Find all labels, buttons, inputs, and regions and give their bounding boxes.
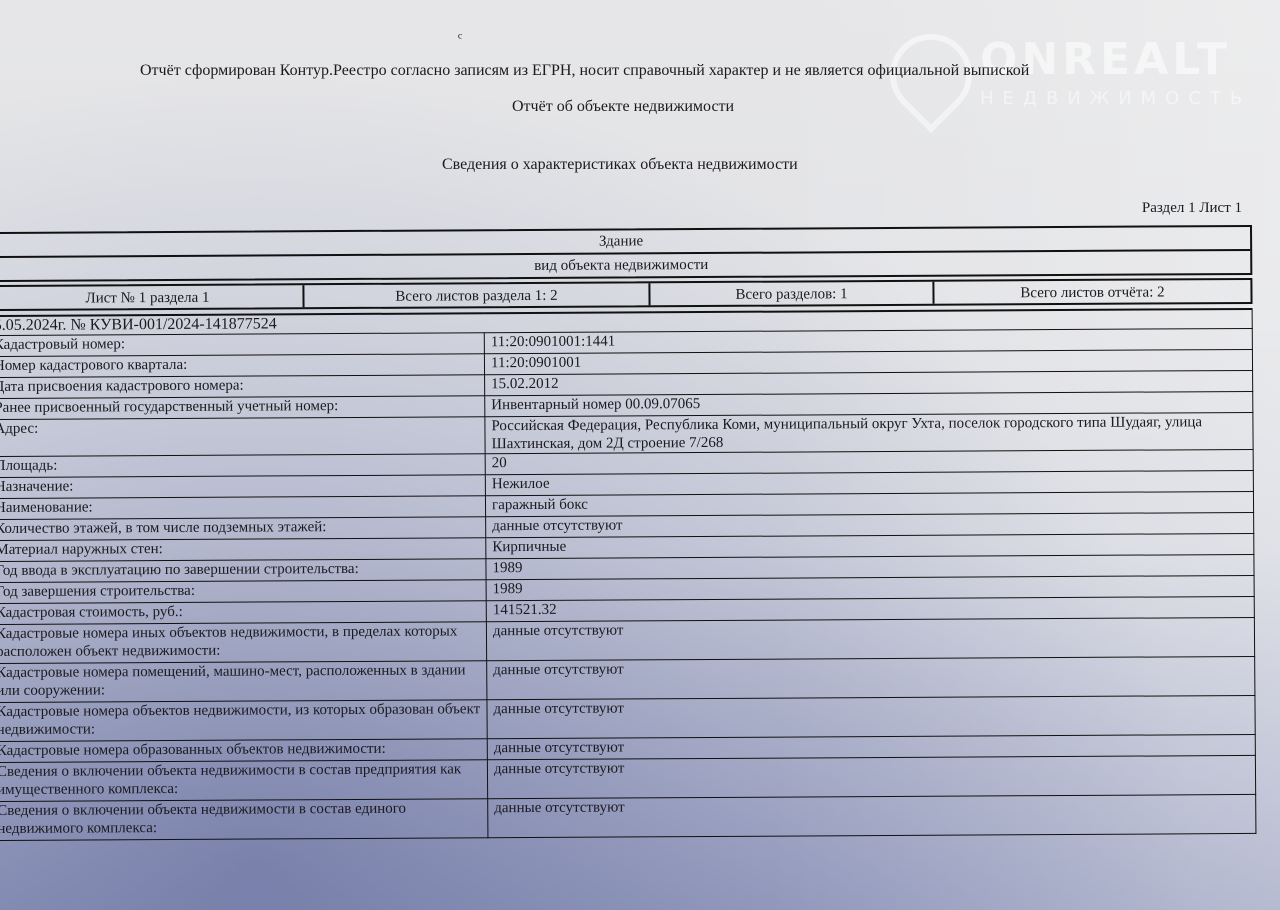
field-label: Год завершения строительства: (0, 580, 486, 604)
table-row: Сведения о включении объекта недвижимост… (0, 794, 1256, 840)
sections-total: Всего разделов: 1 (650, 282, 934, 306)
field-label: Кадастровые номера образованных объектов… (0, 739, 487, 763)
field-label: Назначение: (0, 475, 485, 499)
field-value: данные отсутствуют (486, 617, 1254, 660)
field-label: Количество этажей, в том числе подземных… (0, 517, 486, 541)
property-details-table: 5.05.2024г. № КУВИ-001/2024-141877524 Ка… (0, 308, 1256, 841)
field-label: Год ввода в эксплуатацию по завершении с… (0, 559, 486, 583)
field-label: Кадастровые номера иных объектов недвижи… (0, 622, 487, 664)
field-label: Дата присвоения кадастрового номера: (0, 375, 485, 399)
field-value: данные отсутствуют (488, 794, 1256, 837)
property-table-container: Здание вид объекта недвижимости Лист № 1… (0, 225, 1256, 841)
field-value: Российская Федерация, Республика Коми, м… (485, 412, 1253, 453)
disclaimer-text: Отчёт сформирован Контур.Реестро согласн… (140, 62, 1029, 80)
field-label: Наименование: (0, 496, 486, 520)
field-label: Кадастровая стоимость, руб.: (0, 601, 486, 625)
field-label: Материал наружных стен: (0, 538, 486, 562)
field-label: Ранее присвоенный государственный учетны… (0, 396, 485, 420)
field-label: Площадь: (0, 454, 485, 478)
sheets-in-section: Всего листов раздела 1: 2 (304, 283, 650, 307)
section-sheet-label: Раздел 1 Лист 1 (1142, 200, 1242, 217)
sheet-meta-row: Лист № 1 раздела 1 Всего листов раздела … (0, 278, 1253, 311)
report-title: Отчёт об объекте недвижимости (512, 98, 734, 116)
field-label: Кадастровые номера объектов недвижимости… (0, 700, 487, 742)
stray-mark: ᶜ (458, 30, 462, 48)
field-label: Адрес: (0, 417, 485, 457)
field-value: данные отсутствуют (487, 656, 1255, 699)
field-label: Кадастровые номера помещений, машино-мес… (0, 661, 487, 703)
field-label: Сведения о включении объекта недвижимост… (0, 760, 488, 802)
object-type-box: Здание вид объекта недвижимости (0, 225, 1252, 282)
watermark-subtitle: НЕДВИЖИМОСТЬ (980, 88, 1251, 109)
section-title: Сведения о характеристиках объекта недви… (442, 156, 798, 174)
field-value: данные отсутствуют (487, 695, 1255, 738)
field-label: Сведения о включении объекта недвижимост… (0, 799, 488, 841)
report-sheets-total: Всего листов отчёта: 2 (934, 280, 1250, 304)
field-value: данные отсутствуют (487, 755, 1255, 798)
sheet-number: Лист № 1 раздела 1 (0, 285, 305, 309)
field-label: Кадастровый номер: (0, 333, 484, 357)
field-label: Номер кадастрового квартала: (0, 354, 485, 378)
